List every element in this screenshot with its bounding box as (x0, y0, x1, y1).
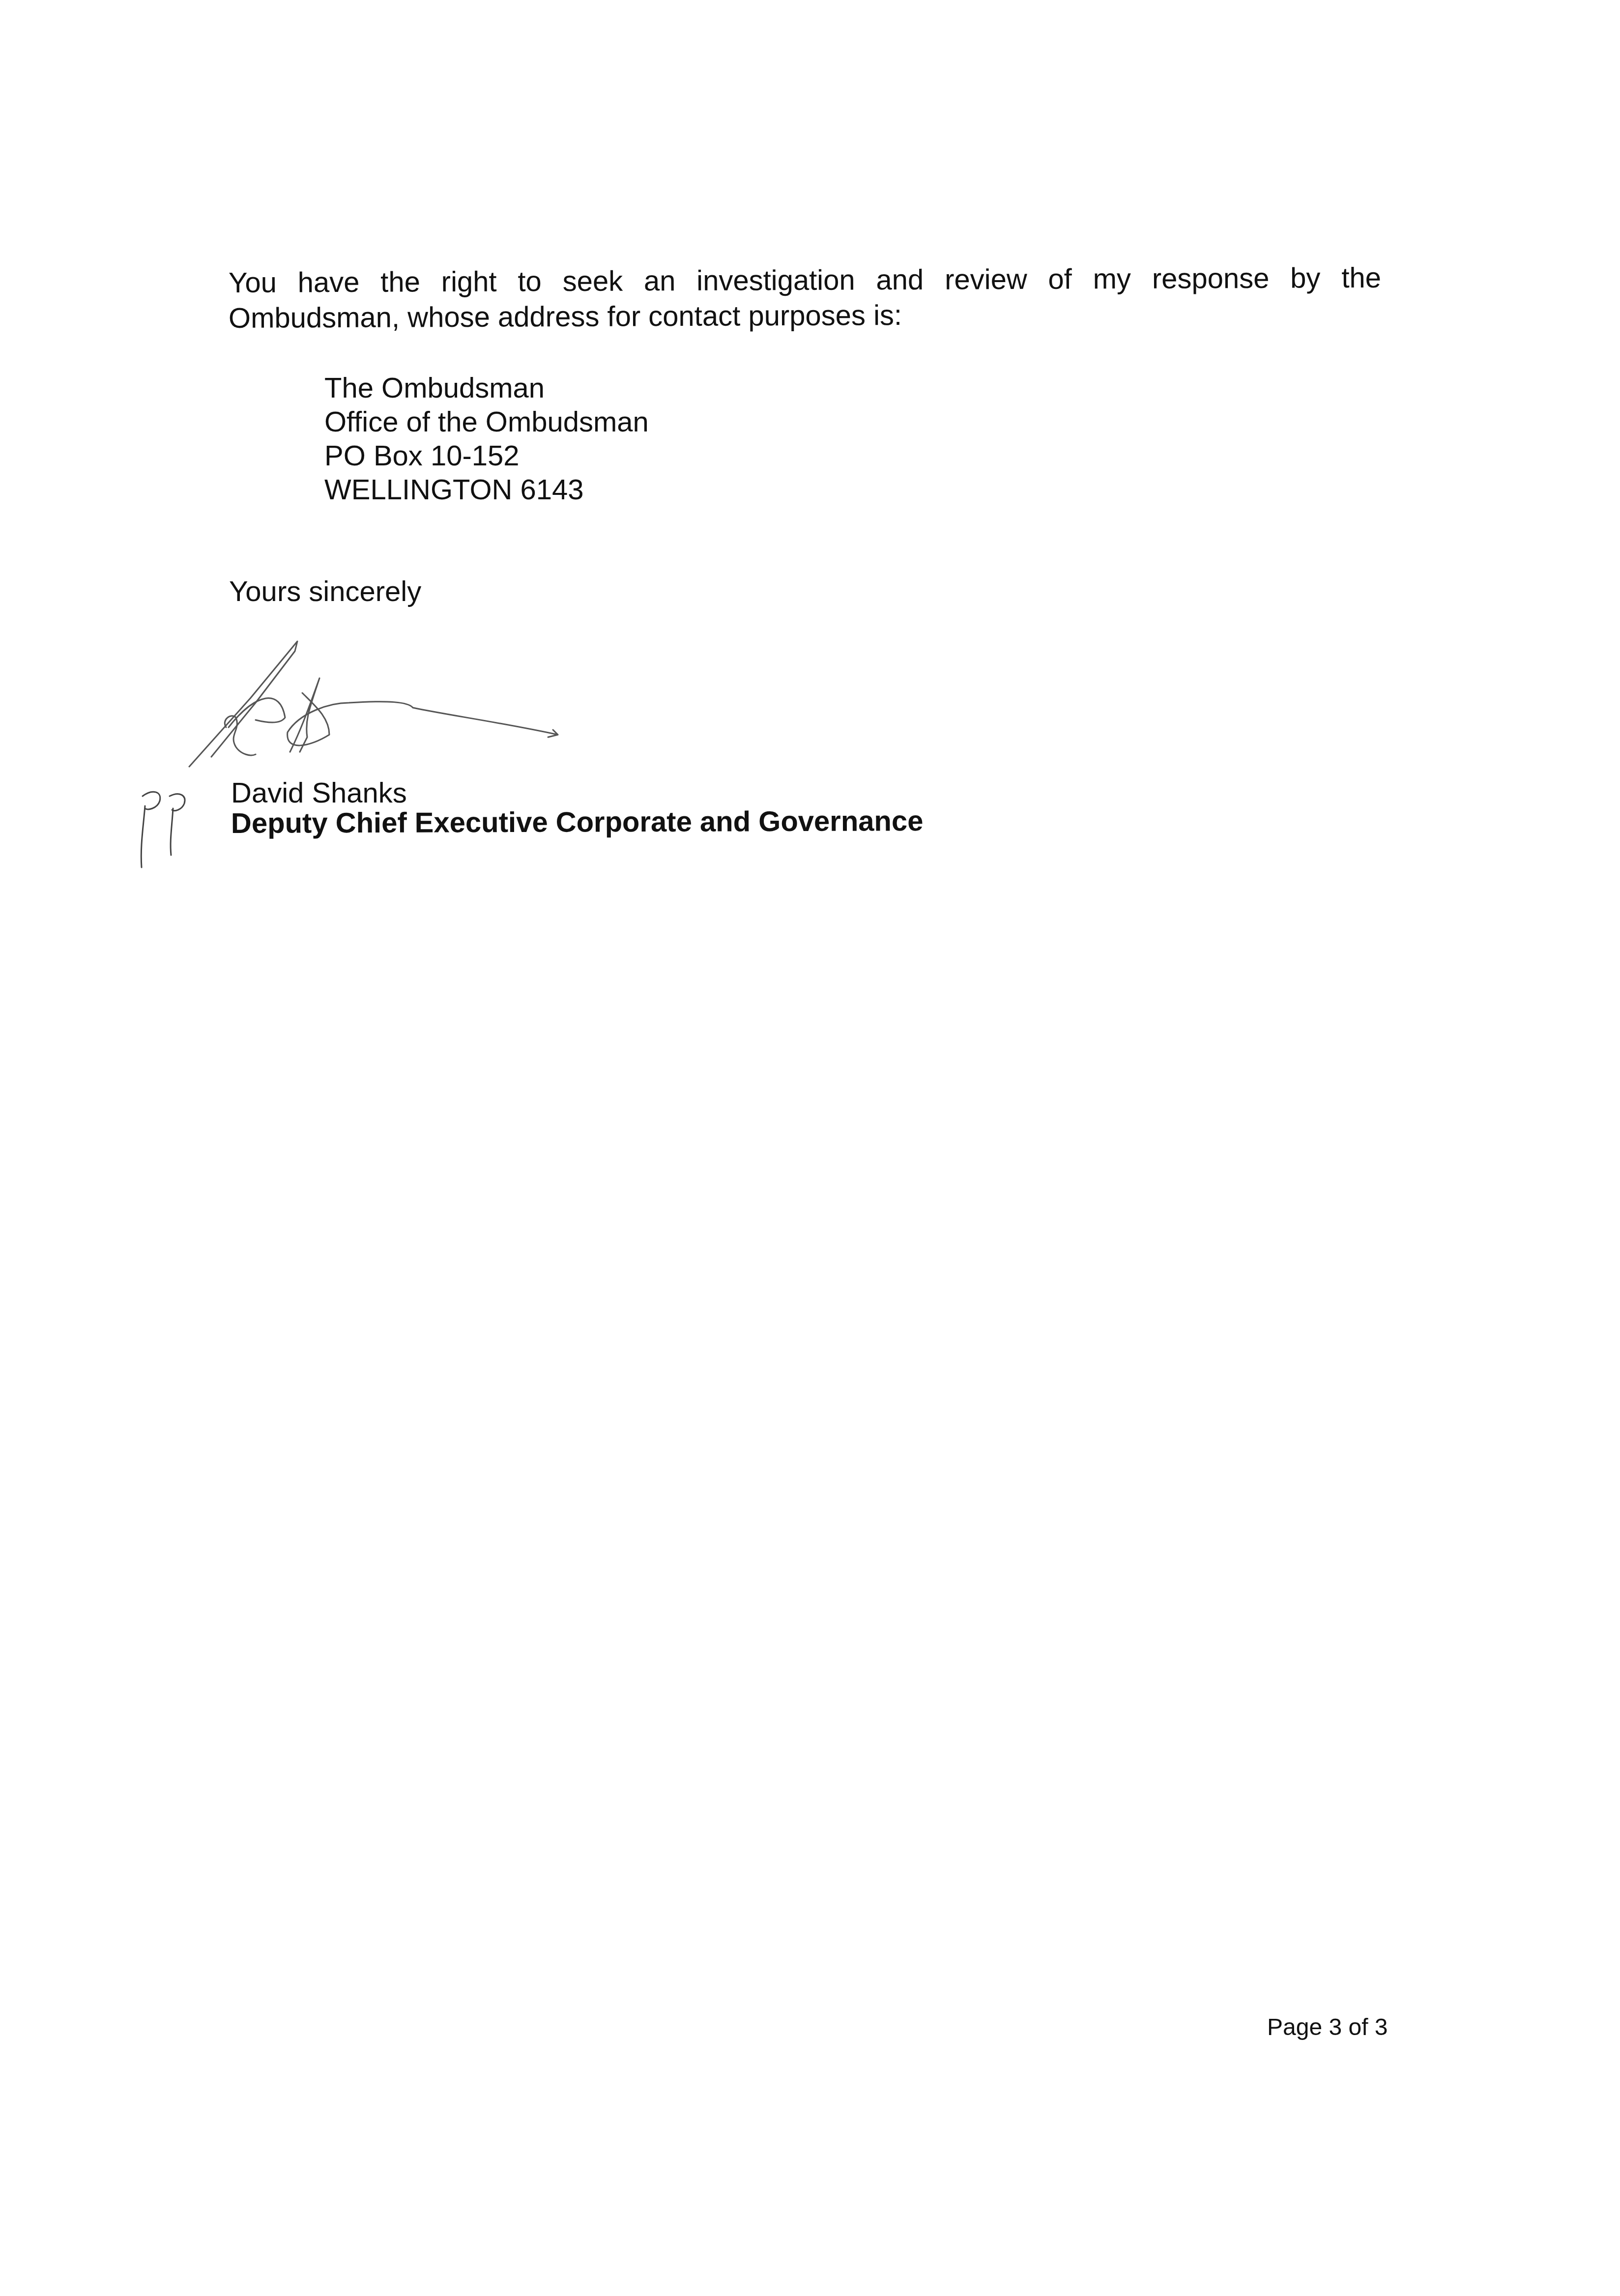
paragraph-line-1: You have the right to seek an investigat… (229, 260, 1381, 301)
letter-page: You have the right to seek an investigat… (0, 0, 1620, 2296)
closing-salutation: Yours sincerely (229, 574, 421, 609)
address-line-po-box: PO Box 10-152 (324, 439, 649, 473)
address-line-office: Office of the Ombudsman (324, 405, 649, 439)
signer-title: Deputy Chief Executive Corporate and Gov… (231, 804, 924, 841)
ombudsman-address-block: The Ombudsman Office of the Ombudsman PO… (324, 371, 649, 507)
signer-name: David Shanks (231, 776, 407, 810)
pp-annotation-icon (133, 786, 202, 870)
paragraph-line-2: Ombudsman, whose address for contact pur… (229, 296, 1381, 336)
ombudsman-rights-paragraph: You have the right to seek an investigat… (229, 265, 1381, 336)
signature-icon (182, 634, 713, 776)
address-line-city: WELLINGTON 6143 (324, 473, 649, 507)
page-number: Page 3 of 3 (1267, 2014, 1388, 2041)
address-line-recipient: The Ombudsman (324, 371, 649, 405)
